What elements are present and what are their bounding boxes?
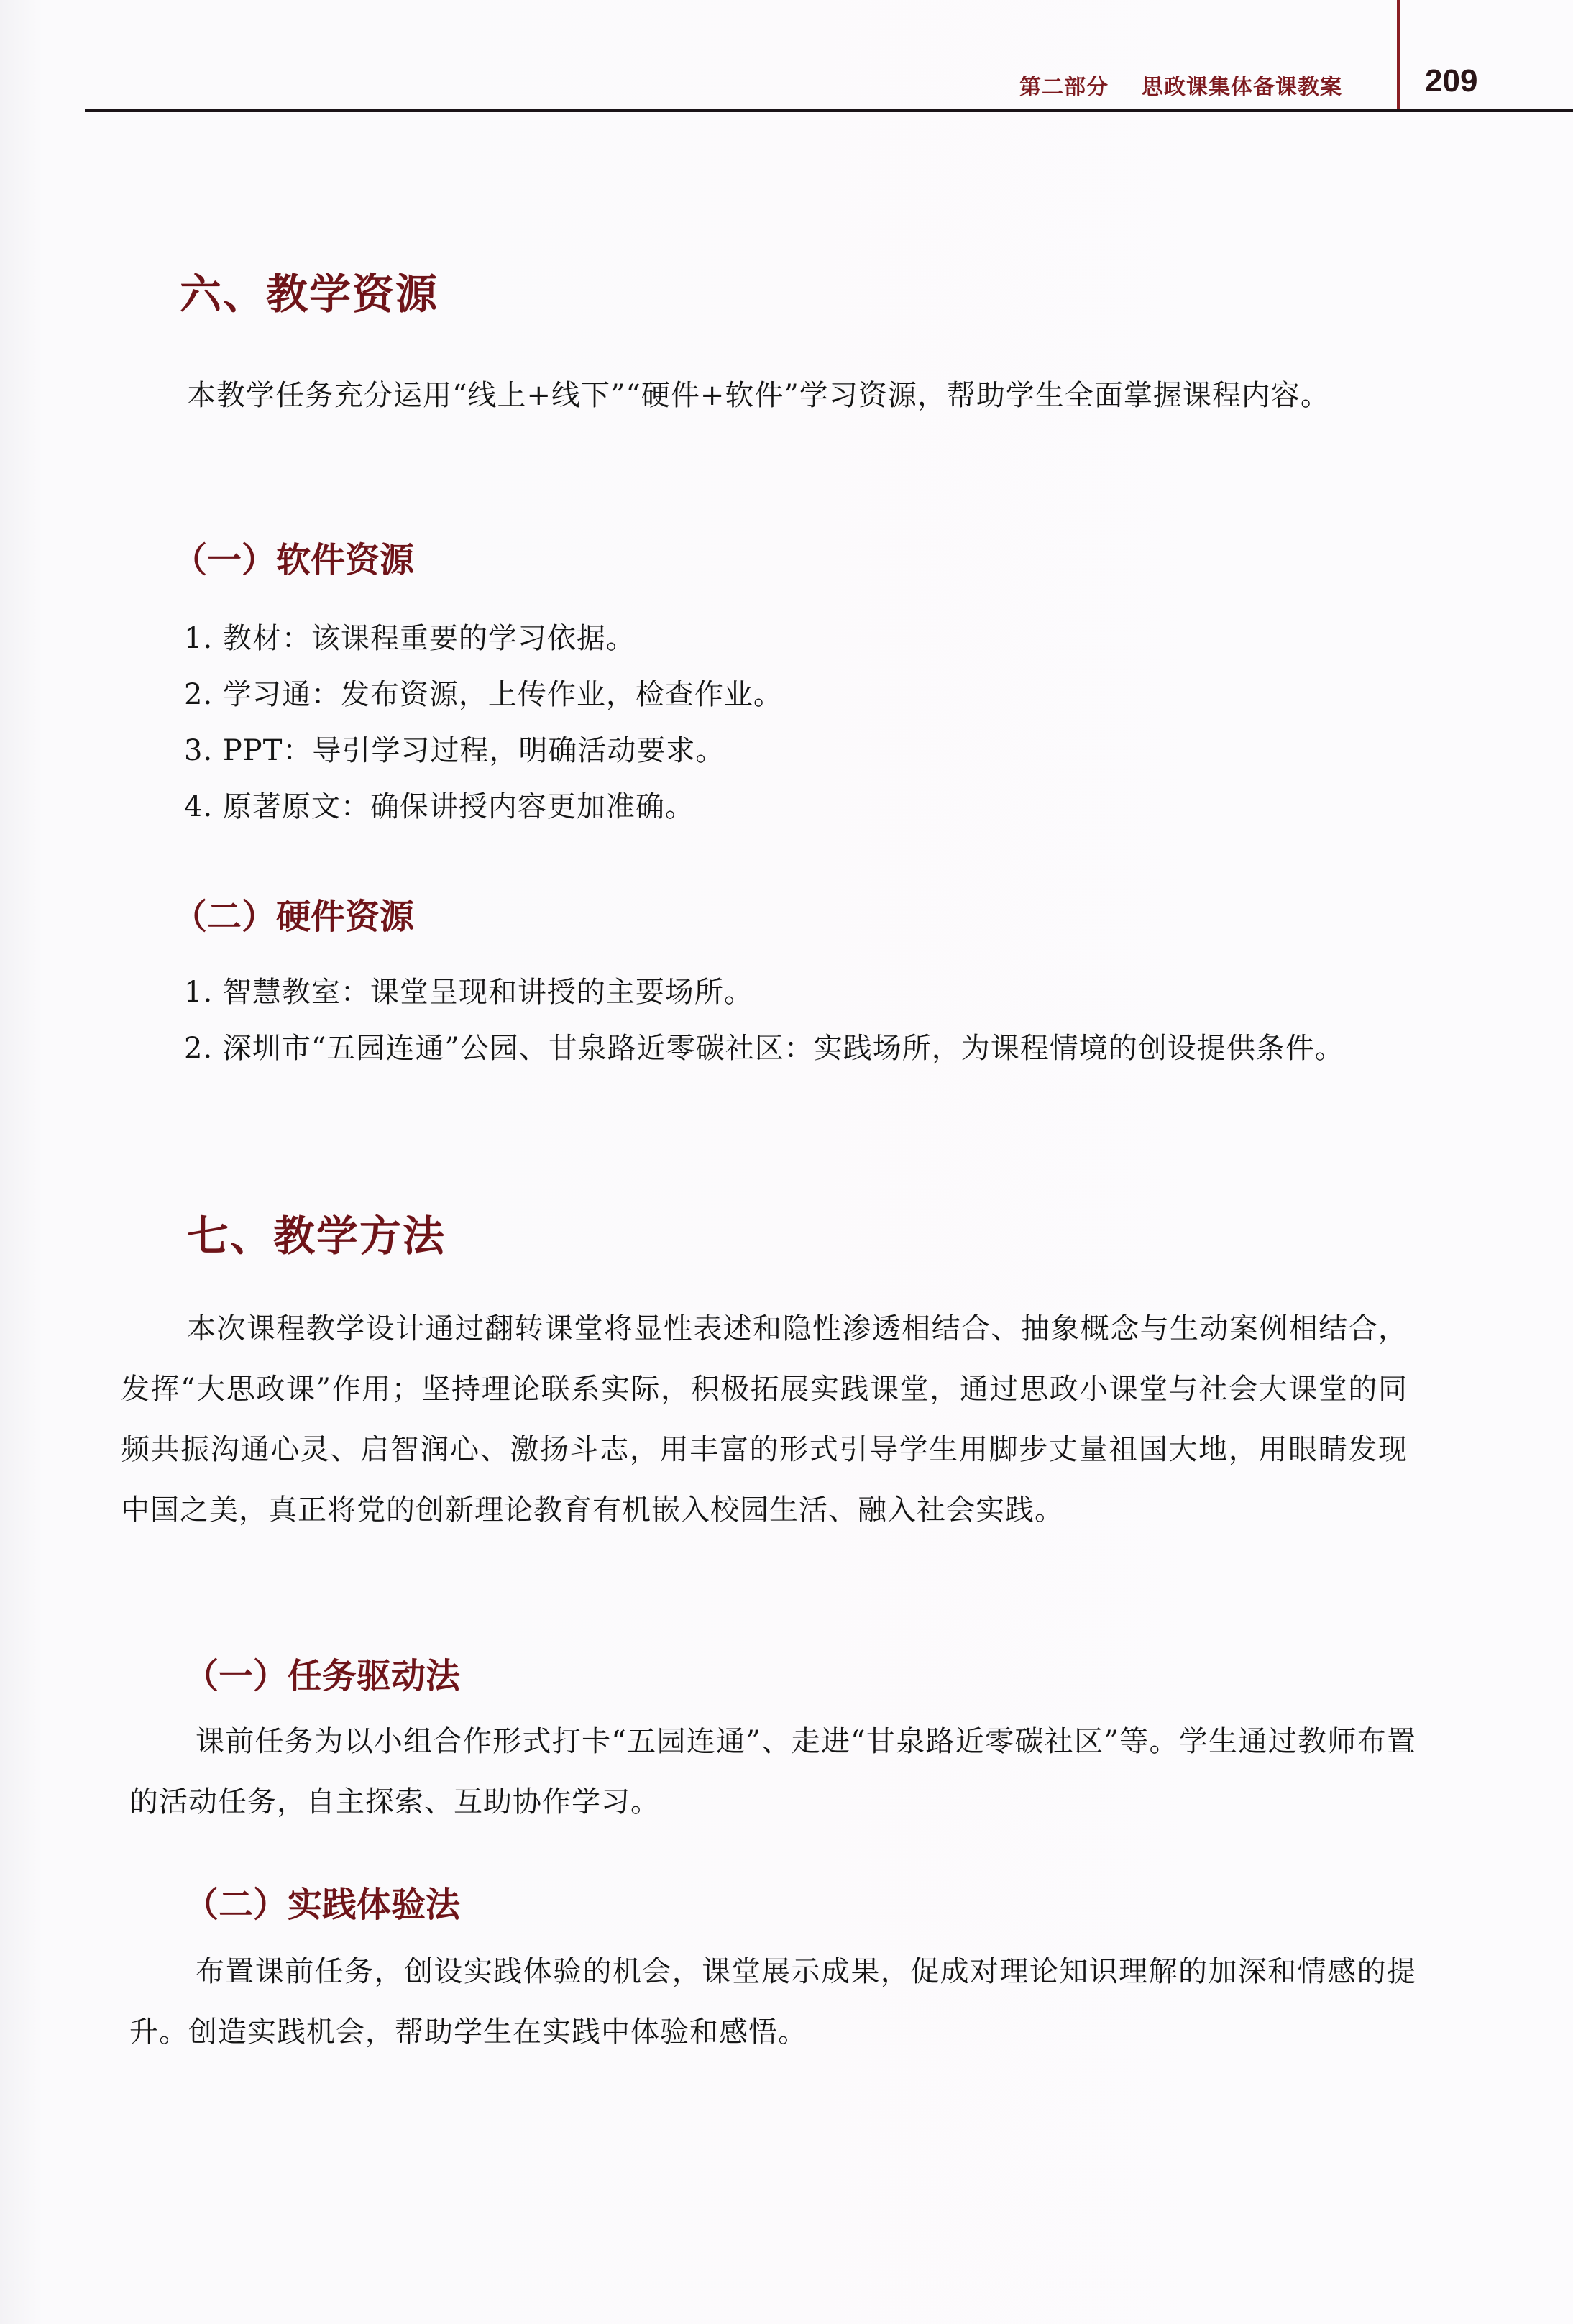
section-heading-teaching-methods: 七、教学方法 — [187, 1202, 446, 1263]
list-item: 4. 原著原文：确保讲授内容更加准确。 — [184, 777, 694, 837]
section-intro-teaching-methods: 本次课程教学设计通过翻转课堂将显性表述和隐性渗透相结合、抽象概念与生动案例相结合… — [121, 1299, 1408, 1540]
subsection-heading-practice-experience: （二）实践体验法 — [184, 1877, 460, 1926]
subsection-heading-hardware-resources: （二）硬件资源 — [173, 889, 414, 938]
page-number: 209 — [1425, 63, 1477, 99]
list-item: 1. 智慧教室：课堂呈现和讲授的主要场所。 — [184, 962, 753, 1023]
subsection-body-task-driven: 课前任务为以小组合作形式打卡“五园连通”、走进“甘泉路近零碳社区”等。学生通过教… — [129, 1711, 1416, 1832]
header-divider — [1397, 0, 1400, 111]
header-rule — [85, 109, 1573, 112]
list-item: 2. 学习通：发布资源，上传作业，检查作业。 — [184, 664, 783, 725]
list-item: 2. 深圳市“五园连通”公园、甘泉路近零碳社区：实践场所，为课程情境的创设提供条… — [121, 1018, 1408, 1079]
section-heading-teaching-resources: 六、教学资源 — [180, 260, 439, 321]
subsection-heading-software-resources: （一）软件资源 — [173, 532, 414, 582]
header-chapter-title: 思政课集体备课教案 — [1142, 69, 1342, 101]
subsection-body-practice-experience: 布置课前任务，创设实践体验的机会，课堂展示成果，促成对理论知识理解的加深和情感的… — [129, 1941, 1416, 2062]
header-part-label: 第二部分 — [1019, 69, 1109, 101]
subsection-heading-task-driven: （一）任务驱动法 — [184, 1648, 460, 1698]
list-item: 1. 教材：该课程重要的学习依据。 — [184, 608, 636, 669]
list-item: 3. PPT：导引学习过程，明确活动要求。 — [184, 720, 725, 781]
book-page: 第二部分 思政课集体备课教案 209 六、教学资源 本教学任务充分运用“线上+线… — [0, 0, 1573, 2324]
section-intro-teaching-resources: 本教学任务充分运用“线上+线下”“硬件+软件”学习资源，帮助学生全面掌握课程内容… — [121, 365, 1408, 426]
